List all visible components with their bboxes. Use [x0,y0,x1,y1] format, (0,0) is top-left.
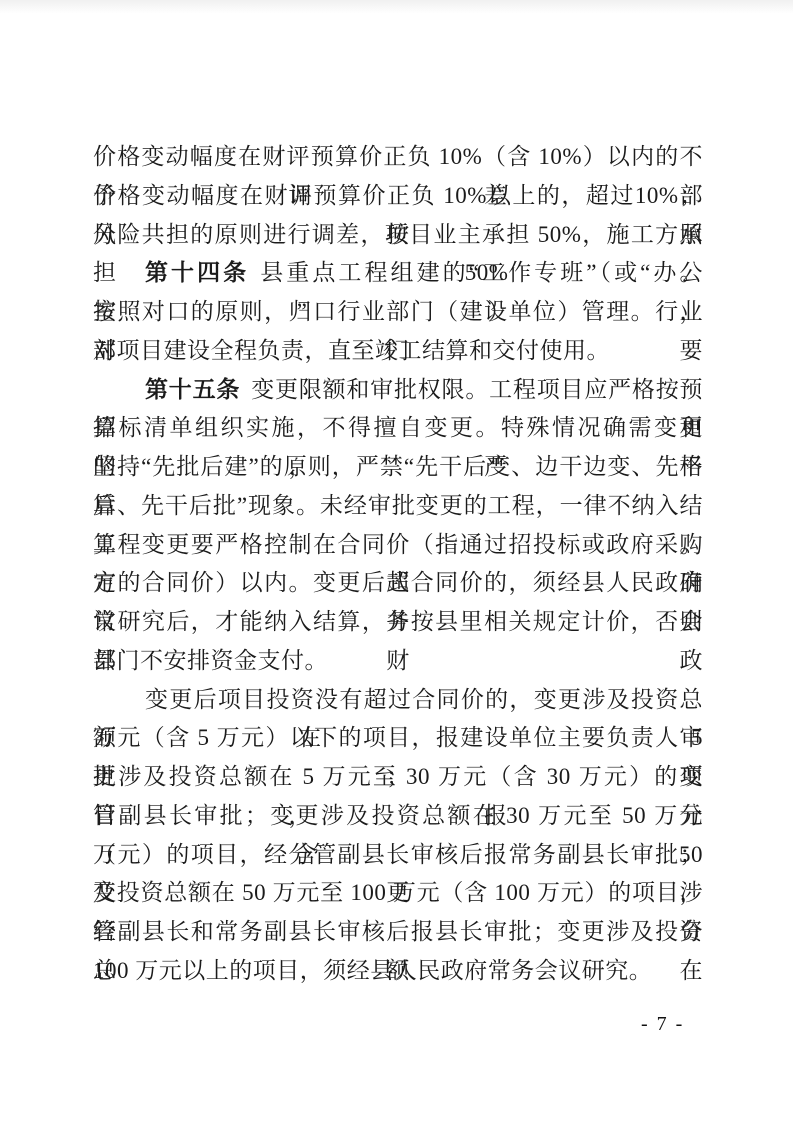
text-line: 及投资总额在 50 万元至 100 万元（含 100 万元）的项目，经分 [93,874,703,913]
text-line: 价格变动幅度在财评预算价正负 10%（含 10%）以内的不予调差； [93,138,703,177]
text-line: 工程变更要严格控制在合同价（指通过招投标或政府采购方式确 [93,526,703,565]
text-line: 招标清单组织实施，不得擅自变更。特殊情况确需变更的，严格 [93,409,703,448]
line-text: 100 万元以上的项目，须经县人民政府常务会议研究。 [93,958,652,983]
text-line: 风险共担的原则进行调差，项目业主承担 50%，施工方承担 50%。 [93,216,703,255]
document-body: 价格变动幅度在财评预算价正负 10%（含 10%）以内的不予调差； 价格变动幅度… [93,138,703,991]
text-line: 管副县长审批；变更涉及投资总额在 30 万元至 50 万元（含 50 [93,797,703,836]
article-number: 第十五条 [145,377,240,402]
text-line: 管副县长和常务副县长审核后报县长审批；变更涉及投资总额在 [93,913,703,952]
text-line: 算、先干后批”现象。未经审批变更的工程，一律不纳入结算。 [93,487,703,526]
text-line: 万元（含 5 万元）以下的项目，报建设单位主要负责人审批；变 [93,719,703,758]
text-line: 价格变动幅度在财评预算价正负 10%以上的，超过10%部分按照 [93,177,703,216]
text-line: 更涉及投资总额在 5 万元至 30 万元（含 30 万元）的项目，报分 [93,758,703,797]
article-number: 第十四条 [145,260,249,285]
text-line: 议研究后，才能纳入结算，并按县里相关规定计价，否则县财政 [93,603,703,642]
text-line: 定的合同价）以内。变更后超合同价的，须经县人民政府常务会 [93,564,703,603]
text-line: 第十四条县重点工程组建的“工作专班”（或“办公室”）， [93,254,703,293]
text-line: 万元）的项目，经分管副县长审核后报常务副县长审批；变更涉 [93,836,703,875]
scan-shading [0,0,793,14]
line-text: 对项目建设全程负责，直至竣工结算和交付使用。 [93,338,610,363]
text-line: 变更后项目投资没有超过合同价的，变更涉及投资总额在 5 [93,681,703,720]
page-number: - 7 - [641,1013,684,1036]
text-line: 按照对口的原则，归口行业部门（建设单位）管理。行业部门要 [93,293,703,332]
text-line: 第十五条变更限额和审批权限。工程项目应严格按预算和 [93,371,703,410]
text-line: 坚持“先批后建”的原则，严禁“先干后变、边干边变、先干后 [93,448,703,487]
text-line: 100 万元以上的项目，须经县人民政府常务会议研究。 [93,952,703,991]
line-text: 部门不安排资金支付。 [93,648,328,673]
